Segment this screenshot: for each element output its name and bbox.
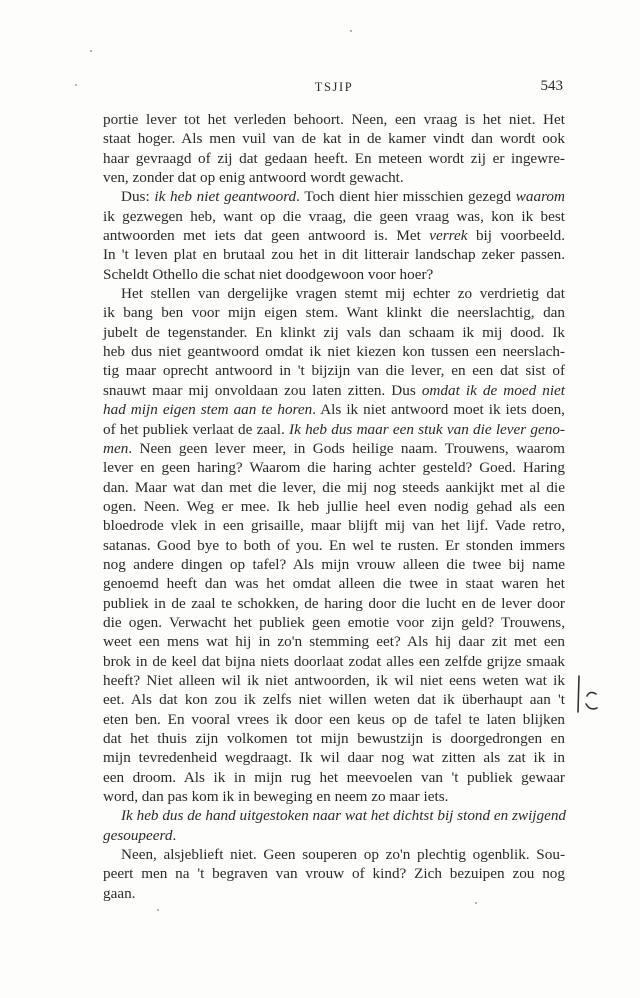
text-line: mijn tevredenheid wegdraagt. Ik wil daar…	[103, 748, 565, 767]
italic-span: men	[103, 440, 128, 457]
italic-span: had mijn eigen stem aan te horen	[103, 401, 312, 418]
italic-span: Ik heb dus maar een stuk van die lever g…	[289, 421, 565, 438]
paragraph: Dus: ik heb niet geantwoord. Toch dient …	[103, 187, 565, 284]
text-line: Het stellen van dergelijke vragen stemt …	[103, 284, 565, 303]
paper-speck	[90, 50, 92, 52]
running-title: TSJIP	[103, 80, 565, 95]
text-line: Dus: ik heb niet geantwoord. Toch dient …	[103, 187, 565, 206]
body-text: portie lever tot het verleden behoort. N…	[103, 110, 565, 903]
text-line: die ogen. Verwacht het publiek geen emot…	[103, 613, 565, 632]
text-span: een droom. Als ik in mijn rug het meevoe…	[103, 769, 565, 786]
text-line: genoemd heeft dan was het omdat alleen d…	[103, 574, 565, 593]
handwritten-margin-mark-icon	[576, 672, 606, 722]
text-span: ogen. Neen. Weg er mee. Ik heb jullie he…	[103, 498, 565, 515]
text-span: publiek in de zaal te schokken, de harin…	[103, 595, 565, 612]
text-span: jubelt de tegenstander. En klinkt zij va…	[103, 324, 565, 341]
text-span: word, dan pas kom ik in beweging en neem…	[103, 788, 448, 805]
text-span: dan. Maar wat dan met die lever, die mij…	[103, 479, 565, 496]
text-line: tig maar oprecht antwoord in 't bijzijn …	[103, 361, 565, 380]
text-line: of het publiek verlaat de zaal. Ik heb d…	[103, 420, 565, 439]
text-line: ik gezwegen heb, want op die vraag, die …	[103, 207, 565, 226]
text-span: heb dus niet geantwoord omdat ik niet ki…	[103, 343, 565, 360]
text-span: Neen, alsjeblieft niet. Geen souperen op…	[121, 846, 565, 863]
paper-speck	[75, 84, 77, 86]
text-span: die ogen. Verwacht het publiek geen emot…	[103, 614, 565, 631]
text-line: Scheldt Othello die schat niet doodgewoo…	[103, 265, 565, 284]
text-span: satanas. Good bye to both of you. En wel…	[103, 537, 565, 554]
text-span: ik bang ben voor mijn eigen stem. Want k…	[103, 304, 565, 321]
text-span: Scheldt Othello die schat niet doodgewoo…	[103, 266, 433, 283]
text-span: lever en geen haring? Waarom die haring …	[103, 459, 565, 476]
text-span: staat hoger. Als men vuil van de kat in …	[103, 130, 565, 147]
text-line: dat het thuis zijn volkomen tot mijn bew…	[103, 729, 565, 748]
text-span: antwoorden met iets dat geen antwoord is…	[103, 227, 429, 244]
text-line: een droom. Als ik in mijn rug het meevoe…	[103, 768, 565, 787]
text-line: lever en geen haring? Waarom die haring …	[103, 458, 565, 477]
text-span: bij voorbeeld.	[468, 227, 566, 244]
italic-span: omdat ik de moed niet	[422, 382, 565, 399]
paper-speck	[350, 30, 352, 32]
text-span: weet een mens wat hij in zo'n stemming e…	[103, 633, 565, 650]
text-span: .	[172, 827, 176, 844]
text-span: snauwt maar mij onvoldaan zou laten zitt…	[103, 382, 422, 399]
text-line: ik bang ben voor mijn eigen stem. Want k…	[103, 303, 565, 322]
text-line: antwoorden met iets dat geen antwoord is…	[103, 226, 565, 245]
paper-speck	[475, 902, 477, 904]
paragraph: Neen, alsjeblieft niet. Geen souperen op…	[103, 845, 565, 903]
text-span: haar gevraagd of zij dat gedaan heeft. E…	[103, 150, 565, 167]
text-span: mijn tevredenheid wegdraagt. Ik wil daar…	[103, 749, 565, 766]
book-page: TSJIP 543 portie lever tot het verleden …	[0, 0, 640, 998]
text-span: brok in de keel dat bijna niets doorlaat…	[103, 653, 565, 670]
text-line: ogen. Neen. Weg er mee. Ik heb jullie he…	[103, 497, 565, 516]
text-span: of het publiek verlaat de zaal.	[103, 421, 289, 438]
text-line: publiek in de zaal te schokken, de harin…	[103, 594, 565, 613]
paragraph: Ik heb dus de hand uitgestoken naar wat …	[103, 806, 565, 845]
text-line: nog andere dingen op tafel? Als mijn vro…	[103, 555, 565, 574]
text-span: peert men na 't begraven van vrouw of ki…	[103, 865, 565, 882]
italic-span: gesoupeerd	[103, 827, 172, 844]
text-span: eten ben. En vooral vrees ik door een ke…	[103, 711, 565, 728]
text-line: Ik heb dus de hand uitgestoken naar wat …	[103, 806, 565, 825]
text-span: . Toch dient hier misschien gezegd	[296, 188, 516, 205]
text-line: eet. Als dat kon zou ik zelfs niet wille…	[103, 690, 565, 709]
text-span: bloedrode vlek in een grisaille, maar bl…	[103, 517, 565, 534]
paragraph: Het stellen van dergelijke vragen stemt …	[103, 284, 565, 806]
italic-span: verrek	[429, 227, 467, 244]
running-head: TSJIP 543	[103, 78, 565, 98]
text-span: heeft? Niet alleen wil ik niet antwoorde…	[103, 672, 565, 689]
text-line: Neen, alsjeblieft niet. Geen souperen op…	[103, 845, 565, 864]
text-span: nog andere dingen op tafel? Als mijn vro…	[103, 556, 565, 573]
text-line: In 't leven plat en brutaal zou het in d…	[103, 245, 565, 264]
text-line: had mijn eigen stem aan te horen. Als ik…	[103, 400, 565, 419]
text-span: dat het thuis zijn volkomen tot mijn bew…	[103, 730, 565, 747]
text-line: ven, zonder dat op enig antwoord wordt g…	[103, 168, 565, 187]
text-span: Dus:	[121, 188, 154, 205]
text-line: portie lever tot het verleden behoort. N…	[103, 110, 565, 129]
text-line: bloedrode vlek in een grisaille, maar bl…	[103, 516, 565, 535]
text-span: ven, zonder dat op enig antwoord wordt g…	[103, 169, 404, 186]
text-span: . Neen geen lever meer, in Gods heilige …	[128, 440, 565, 457]
text-line: word, dan pas kom ik in beweging en neem…	[103, 787, 565, 806]
paragraph: portie lever tot het verleden behoort. N…	[103, 110, 565, 187]
text-span: genoemd heeft dan was het omdat alleen d…	[103, 575, 565, 592]
text-line: eten ben. En vooral vrees ik door een ke…	[103, 710, 565, 729]
page-number: 543	[541, 78, 564, 95]
text-span: Het stellen van dergelijke vragen stemt …	[121, 285, 565, 302]
italic-span: Ik heb dus de hand uitgestoken naar wat …	[121, 807, 566, 824]
italic-span: waarom	[516, 188, 565, 205]
text-line: brok in de keel dat bijna niets doorlaat…	[103, 652, 565, 671]
text-line: gaan.	[103, 884, 565, 903]
text-span: In 't leven plat en brutaal zou het in d…	[103, 246, 565, 263]
text-span: portie lever tot het verleden behoort. N…	[103, 111, 565, 128]
text-span: tig maar oprecht antwoord in 't bijzijn …	[103, 362, 565, 379]
italic-span: ik heb niet geantwoord	[154, 188, 296, 205]
text-line: satanas. Good bye to both of you. En wel…	[103, 536, 565, 555]
text-span: . Als ik niet antwoord moet ik iets doen…	[312, 401, 565, 418]
text-line: gesoupeerd.	[103, 826, 565, 845]
text-span: gaan.	[103, 885, 135, 902]
text-line: peert men na 't begraven van vrouw of ki…	[103, 864, 565, 883]
text-line: haar gevraagd of zij dat gedaan heeft. E…	[103, 149, 565, 168]
text-line: snauwt maar mij onvoldaan zou laten zitt…	[103, 381, 565, 400]
text-line: dan. Maar wat dan met die lever, die mij…	[103, 478, 565, 497]
text-line: jubelt de tegenstander. En klinkt zij va…	[103, 323, 565, 342]
text-line: heeft? Niet alleen wil ik niet antwoorde…	[103, 671, 565, 690]
text-line: weet een mens wat hij in zo'n stemming e…	[103, 632, 565, 651]
text-line: staat hoger. Als men vuil van de kat in …	[103, 129, 565, 148]
paper-speck	[157, 909, 159, 911]
text-line: heb dus niet geantwoord omdat ik niet ki…	[103, 342, 565, 361]
text-span: ik gezwegen heb, want op die vraag, die …	[103, 208, 565, 225]
text-span: eet. Als dat kon zou ik zelfs niet wille…	[103, 691, 565, 708]
text-line: men. Neen geen lever meer, in Gods heili…	[103, 439, 565, 458]
